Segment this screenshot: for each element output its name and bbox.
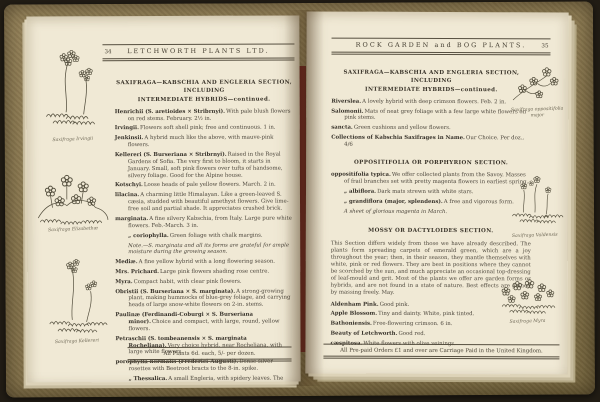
right-running-head-title: ROCK GARDEN and BOG PLANTS. [356,41,527,50]
plant-name: „ Thessalica. [129,376,168,382]
kabschia-section-heading: SAXIFRAGA—KABSCHIA AND ENGLERIA SECTION,… [331,69,531,94]
plant-entry: Irvingii.Flowers soft shell pink; free a… [115,125,294,132]
plant-sketch [41,252,113,338]
plant-entry: Mediæ.A fine yellow hybrid with a long f… [115,258,294,265]
illustration-caption: Saxifraga Valdensis [504,232,566,239]
left-page-footer: All Plants 6d. each, 5/- per dozen. [128,347,292,363]
plant-entry: Henrichii (S. aretioides × Stribrnyi).Wi… [115,108,294,122]
plant-sketch [505,164,565,232]
plant-sketch [39,44,105,136]
mossy-section-heading: MOSSY OR DACTYLOIDES SECTION. [331,227,531,236]
illustration-caption: Saxifraga Irvingii [33,136,113,145]
section-heading-line2: INTERMEDIATE HYBRIDS—continued. [138,96,271,102]
plant-name: Henrichii (S. aretioides × Stribrnyi). [115,109,225,115]
plant-desc: Free-flowering crimson. 6 in. [373,321,453,327]
plant-desc: Good pink. [380,301,410,307]
plant-sketch [495,274,561,318]
plant-desc: Green foliage with chalk margins. [170,232,263,238]
illustration-caption: Saxifraga Kellereri [29,337,124,346]
illustration-elizabethae: Saxifraga Elizabethæ [27,162,119,233]
plant-entry: „ albiflora.Dark mats strewn with white … [344,189,531,197]
illustration-oppositifolia-major: Saxifraga oppositifolia major [508,58,566,118]
oppositifolia-note: A sheet of glorious magenta in March. [344,208,531,215]
plant-sketch [509,58,565,106]
plant-sketch [32,162,114,226]
plant-desc: Good red. [398,331,425,337]
illustration-myra: Saxifraga Myra [494,274,562,325]
left-running-head-title: LETCHWORTH PLANTS LTD. [126,47,270,56]
illustration-irvingii: Saxifraga Irvingii [32,44,112,143]
plant-name: Apple Blossom. [331,311,378,317]
book-photo: 34 LETCHWORTH PLANTS LTD. SAXIFRAGA—KABS… [0,0,600,402]
plant-desc: A fine yellow hybrid with a long floweri… [139,259,275,265]
plant-desc: Tiny and dainty. White, pink tinted. [378,311,474,317]
plant-name: „ grandiflora (major, splendens). [344,198,443,204]
left-section-heading: SAXIFRAGA—KABSCHIA AND ENGLERIA SECTION,… [115,79,294,104]
plant-entry: „ Thessalica.A small Engleria, with spid… [129,376,295,383]
marginata-note: Note.—S. marginata and all its forms are… [128,242,294,256]
left-text-column: SAXIFRAGA—KABSCHIA AND ENGLERIA SECTION,… [115,74,295,383]
plant-name: marginata. [115,216,148,222]
plant-name: „ coriophylla. [128,233,169,239]
right-page: ROCK GARDEN and BOG PLANTS. 35 SAXIFRAGA… [305,12,568,375]
plant-entry: sancta.Green cushions and yellow flowers… [331,125,531,133]
plant-entry: Beauty of Letchworth.Good red. [330,331,530,339]
plant-desc: A hybrid much like the above, with mauve… [128,135,274,148]
plant-name: „ albiflora. [344,189,376,195]
illustration-kellereri: Saxifraga Kellereri [29,252,124,345]
right-page-footer: All Pre-paid Orders £1 and over are Carr… [323,344,559,360]
plant-desc: A charming little Himalayan. Like a gree… [128,192,289,212]
right-running-head: ROCK GARDEN and BOG PLANTS. 35 [331,38,550,56]
plant-desc: Dark mats strewn with white stars. [377,189,473,195]
plant-entry: „ grandiflora (major, splendens).A free … [344,198,531,206]
illustration-caption: Saxifraga oppositifolia major [508,106,566,119]
plant-entry: Jenkinsii.A hybrid much like the above, … [115,135,294,149]
plant-desc: Large pink flowers shading rose centre. [160,268,269,274]
plant-desc: Choice and compact, with large, round, y… [128,319,279,332]
plant-name: Salomonii. [331,108,363,114]
plant-desc: Loose heads of pale yellow flowers. Marc… [144,182,276,188]
plant-entry: Myra.Compact habit, with clear pink flow… [115,278,294,285]
plant-entry: oppositifolia typica.We offer collected … [331,172,531,186]
section-heading-line2: INTERMEDIATE HYBRIDS—continued. [365,86,498,92]
right-page-number: 35 [527,43,549,49]
plant-desc: Green cushions and yellow flowers. [354,125,451,131]
plant-name: Irvingii. [115,126,139,132]
illustration-caption: Saxifraga Elizabethæ [27,226,119,235]
plant-entry: Collections of Kabschia Saxifrages in Na… [331,135,531,149]
plant-name: Obristii (S. Burseriana × S. marginata). [115,288,235,294]
left-page: 34 LETCHWORTH PLANTS LTD. SAXIFRAGA—KABS… [26,16,300,383]
plant-entry: Riverslea.A lovely hybrid with deep crim… [331,98,531,106]
plant-entry: Kotschyi.Loose heads of pale yellow flow… [115,182,294,189]
plant-desc: A lovely hybrid with deep crimson flower… [362,98,506,105]
plant-name: Beauty of Letchworth. [330,331,397,337]
illustration-valdensis: Saxifraga Valdensis [504,164,566,239]
section-heading-line1: SAXIFRAGA—KABSCHIA AND ENGLERIA SECTION,… [116,80,292,95]
plant-desc: Compact habit, with clear pink flowers. [134,278,242,284]
plant-name: Collections of Kabschia Saxifrages in Na… [331,135,465,141]
plant-entry: „ coriophylla.Green foliage with chalk m… [128,232,294,239]
plant-name: Aldenham Pink. [331,301,379,307]
section-heading-line1: SAXIFRAGA—KABSCHIA AND ENGLERIA SECTION,… [343,70,519,85]
plant-name: sancta. [331,125,353,131]
plant-name: oppositifolia typica. [331,172,391,178]
oppositifolia-section-heading: OPPOSITIFOLIA OR PORPHYRION SECTION. [331,159,531,168]
plant-entry: Paulinæ (Ferdinandi-Coburgi × S. Burseri… [115,312,294,333]
illustration-caption: Saxifraga Myra [493,318,561,326]
plant-name: Riverslea. [331,98,361,104]
plant-entry: Salomonii.Mats of neat grey foliage with… [331,108,531,122]
plant-entry: Mrs. Prichard.Large pink flowers shading… [115,268,294,275]
plant-entry: lilacina.A charming little Himalayan. Li… [115,192,294,213]
plant-desc: Flowers soft shell pink; free and contin… [140,125,276,131]
plant-name: Kellereri (S. Burseriana × Stribrnyi). [115,152,227,158]
left-running-head: 34 LETCHWORTH PLANTS LTD. [102,44,294,62]
plant-name: Bathoniensis. [331,321,372,327]
plant-desc: Mats of neat grey foliage with a few lar… [344,108,526,121]
plant-desc: A fine silvery Kabschia, from Italy. Lar… [128,215,292,228]
plant-entry: Obristii (S. Burseriana × S. marginata).… [115,288,294,309]
plant-name: Jenkinsii. [115,135,144,141]
plant-entry: marginata.A fine silvery Kabschia, from … [115,215,294,229]
plant-name: Kotschyi. [115,183,143,189]
plant-entry: Kellereri (S. Burseriana × Stribrnyi).Ra… [115,152,294,180]
